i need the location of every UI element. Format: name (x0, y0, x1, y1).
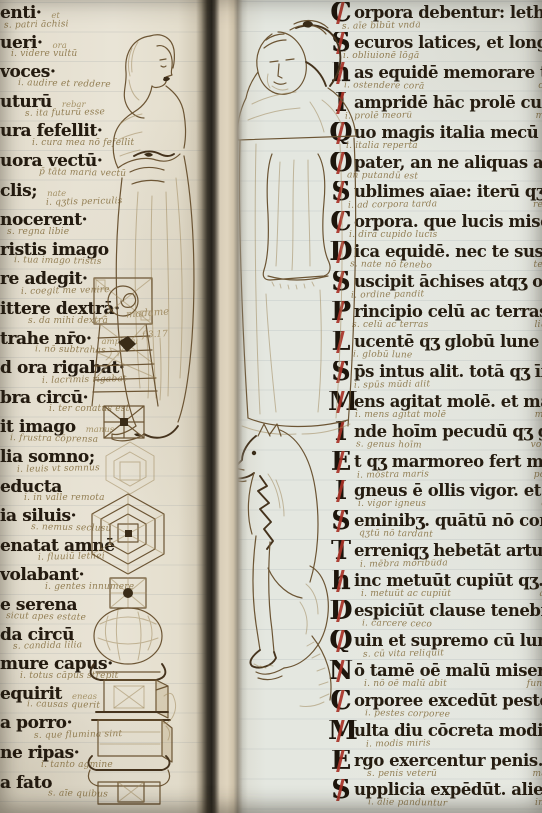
hooded-monk-drawing (232, 14, 364, 438)
interlinear-gloss-row: i. modis miris (336, 739, 542, 749)
marginal-note: meorū (536, 111, 542, 121)
verse-text: ica equidē. nec te suspensū na (354, 241, 542, 262)
interlinear-gloss: s. penis veterū (367, 769, 437, 779)
interlinear-gloss-row: i. mōstra marispontus (336, 470, 542, 480)
interlinear-gloss: i. audire et reddere (18, 78, 111, 90)
interlinear-gloss: i. metuūt ac cupiūt (361, 589, 451, 599)
interlinear-gloss-row: i. metuūt ac cupiūtauras (336, 589, 542, 599)
verse-ending-text: clis; (0, 181, 37, 201)
interlinear-gloss-row: i. italia reperta (336, 141, 542, 151)
interlinear-gloss-row: i. mens agitat molēmiscet (336, 410, 542, 420)
marginal-note: cū aīs (538, 81, 542, 91)
interlinear-gloss-row: i. ordine pandit (336, 290, 542, 300)
verse-text: uscipit āchises atqʒ ordīe singl (354, 271, 542, 292)
left-page: enti·ets. patri āchisiueri·orai. videre … (0, 0, 207, 813)
interlinear-gloss-row: i. alie pandunturinanes (336, 798, 542, 808)
verse-text: rincipio celū ac terras cāpos qʒ (354, 301, 542, 322)
interlinear-gloss-row: s. penis veterūmalorū (336, 769, 542, 779)
verse-text: ampridē hāc prolē cupio enu (354, 92, 542, 113)
interlinear-gloss-row: i. spūs mūdi alit (336, 380, 542, 390)
interlinear-gloss-row: i. vigor igneusorigo (336, 499, 542, 509)
caption-folio: f.3.17 (142, 329, 168, 340)
interlinear-gloss: i. videre vultū (11, 49, 77, 59)
verse-text: ens agitat molē. et magno se (354, 391, 542, 412)
verse-text: ulta diu cōcreta modis inolesc (354, 720, 542, 741)
marginal-note: volantū (531, 440, 542, 450)
interlinear-gloss: i. nō oē malū abit (364, 679, 447, 689)
interlinear-gloss: i. mōstra maris (357, 470, 429, 480)
verse-text: pater, an ne aliquas ad celū hi (354, 152, 542, 173)
left-verse-line-ending: a fato (0, 773, 52, 793)
interlinear-gloss-row: i. carcere ceco (336, 619, 542, 629)
interlinear-gloss: s. genus hoīm (356, 440, 422, 450)
verse-text: eminibʒ. quātū nō corpora no (354, 510, 542, 531)
marginal-note: funditus (527, 679, 542, 689)
interlinear-gloss-row: i. ostendere corācū aīs (336, 81, 542, 91)
interlinear-gloss-row: i. nō oē malū abitfunditus (336, 679, 542, 689)
interlinear-gloss-row: i. mēbra moribūda (336, 559, 542, 569)
marginal-note: reuerti (533, 200, 542, 210)
verse-text: inc metuūt cupiūt qʒ. dolēt g (354, 570, 542, 591)
interlinear-gloss: s. ita futurū esse (25, 107, 105, 119)
interlinear-gloss: i. modis miris (366, 739, 431, 749)
verse-text: nde hoīm pecudū qʒ gen9 vite qʒ (354, 421, 542, 442)
interlinear-gloss-row: s. aīe bibūt vndāvirg. (336, 21, 542, 31)
marginal-note: tenebo (534, 260, 542, 270)
marginal-note: inanes (535, 798, 542, 808)
verse-text: ucentē qʒ globū lune titania qʒ (354, 331, 542, 352)
interlinear-gloss-row: s. genus hoīmvolantū (336, 440, 542, 450)
interlinear-gloss-row: i. pestes corporee (336, 709, 542, 719)
marginal-note: pontus (534, 470, 542, 480)
interlinear-gloss: i. spūs mūdi alit (354, 380, 430, 390)
verse-ending-text: a fato (0, 773, 52, 793)
verse-text: orpora. que lucis miseris ta di (354, 211, 542, 232)
manuscript-photo: { "colors": { "left_parchment": "#e7e2d3… (0, 0, 542, 813)
interlinear-gloss: s. cū vita reliquit (363, 649, 444, 659)
verse-text: ublimes aīae: iterū qʒ ad tard (354, 181, 542, 202)
verse-text: gneus ē ollis vigor. et celestis (354, 480, 542, 501)
verse-text: t qʒ marmoreo fert mōstra sub (354, 451, 542, 472)
marginal-note: liqʒtes (534, 320, 542, 330)
verse-text: upplicia expēdūt. alie padūtur (354, 779, 542, 800)
verse-text: uo magis italia mecū letere r (354, 122, 542, 143)
verse-text: espiciūt clause tenebris et ca (354, 600, 542, 621)
verse-text: as equidē memorare tibi atqʒ (354, 62, 542, 83)
verse-text: erreniqʒ hebetāt artus moribūd (354, 540, 542, 561)
interlinear-gloss: i. pestes corporee (365, 709, 450, 719)
interlinear-gloss-row: an putandū estire (336, 171, 542, 181)
book-gutter (196, 0, 248, 813)
interlinear-gloss: i. alie panduntur (368, 798, 447, 808)
verse-text: orporee excedūt pestes. penit9 qʒ (354, 690, 542, 711)
interlinear-gloss: i. vigor igneus (358, 499, 426, 509)
interlinear-gloss: i. mens agitat molē (355, 410, 446, 420)
interlinear-gloss-row: i. prolē meorūmeorū (336, 111, 542, 121)
interlinear-gloss: i. mēbra moribūda (360, 559, 448, 569)
verse-text: orpora debentur: lethei ad flum (354, 2, 542, 23)
interlinear-gloss: i. carcere ceco (362, 619, 432, 629)
interlinear-gloss-row: i. dira cupido lucis (336, 230, 542, 240)
verse-text: p̄s intus alit. totā qʒ īfusa p̄ art9 (354, 361, 542, 382)
interlinear-gloss-row: i. globū luneastra (336, 350, 542, 360)
interlinear-gloss-row: s. nate nō tenebotenebo (336, 260, 542, 270)
marginal-note: miscet (535, 410, 542, 420)
interlinear-gloss-row: s. celū ac terrasliqʒtes (336, 320, 542, 330)
verse-text: ō tamē oē malū miseris nec (354, 660, 542, 681)
interlinear-gloss: s. patri āchisi (4, 19, 69, 30)
interlinear-gloss-row: s. cū vita reliquit (336, 649, 542, 659)
interlinear-gloss: qʒtū nō tardant (359, 529, 433, 539)
interlinear-gloss-row: i. ad corpora tardareuerti (336, 200, 542, 210)
verse-text: uin et supremo cū lumīe vita r (354, 630, 542, 651)
verse-text: ecuros latices, et longa obliui (354, 32, 542, 53)
verse-text: rgo exercentur penis. veterū qʒ (354, 750, 542, 771)
interlinear-gloss-row: qʒtū nō tardant (336, 529, 542, 539)
right-page: Corpora debentur: lethei ad flums. aīe b… (228, 0, 542, 813)
interlinear-gloss-row: i. obliuionē lōgātibi (336, 51, 542, 61)
marginal-note: malorū (533, 769, 542, 779)
